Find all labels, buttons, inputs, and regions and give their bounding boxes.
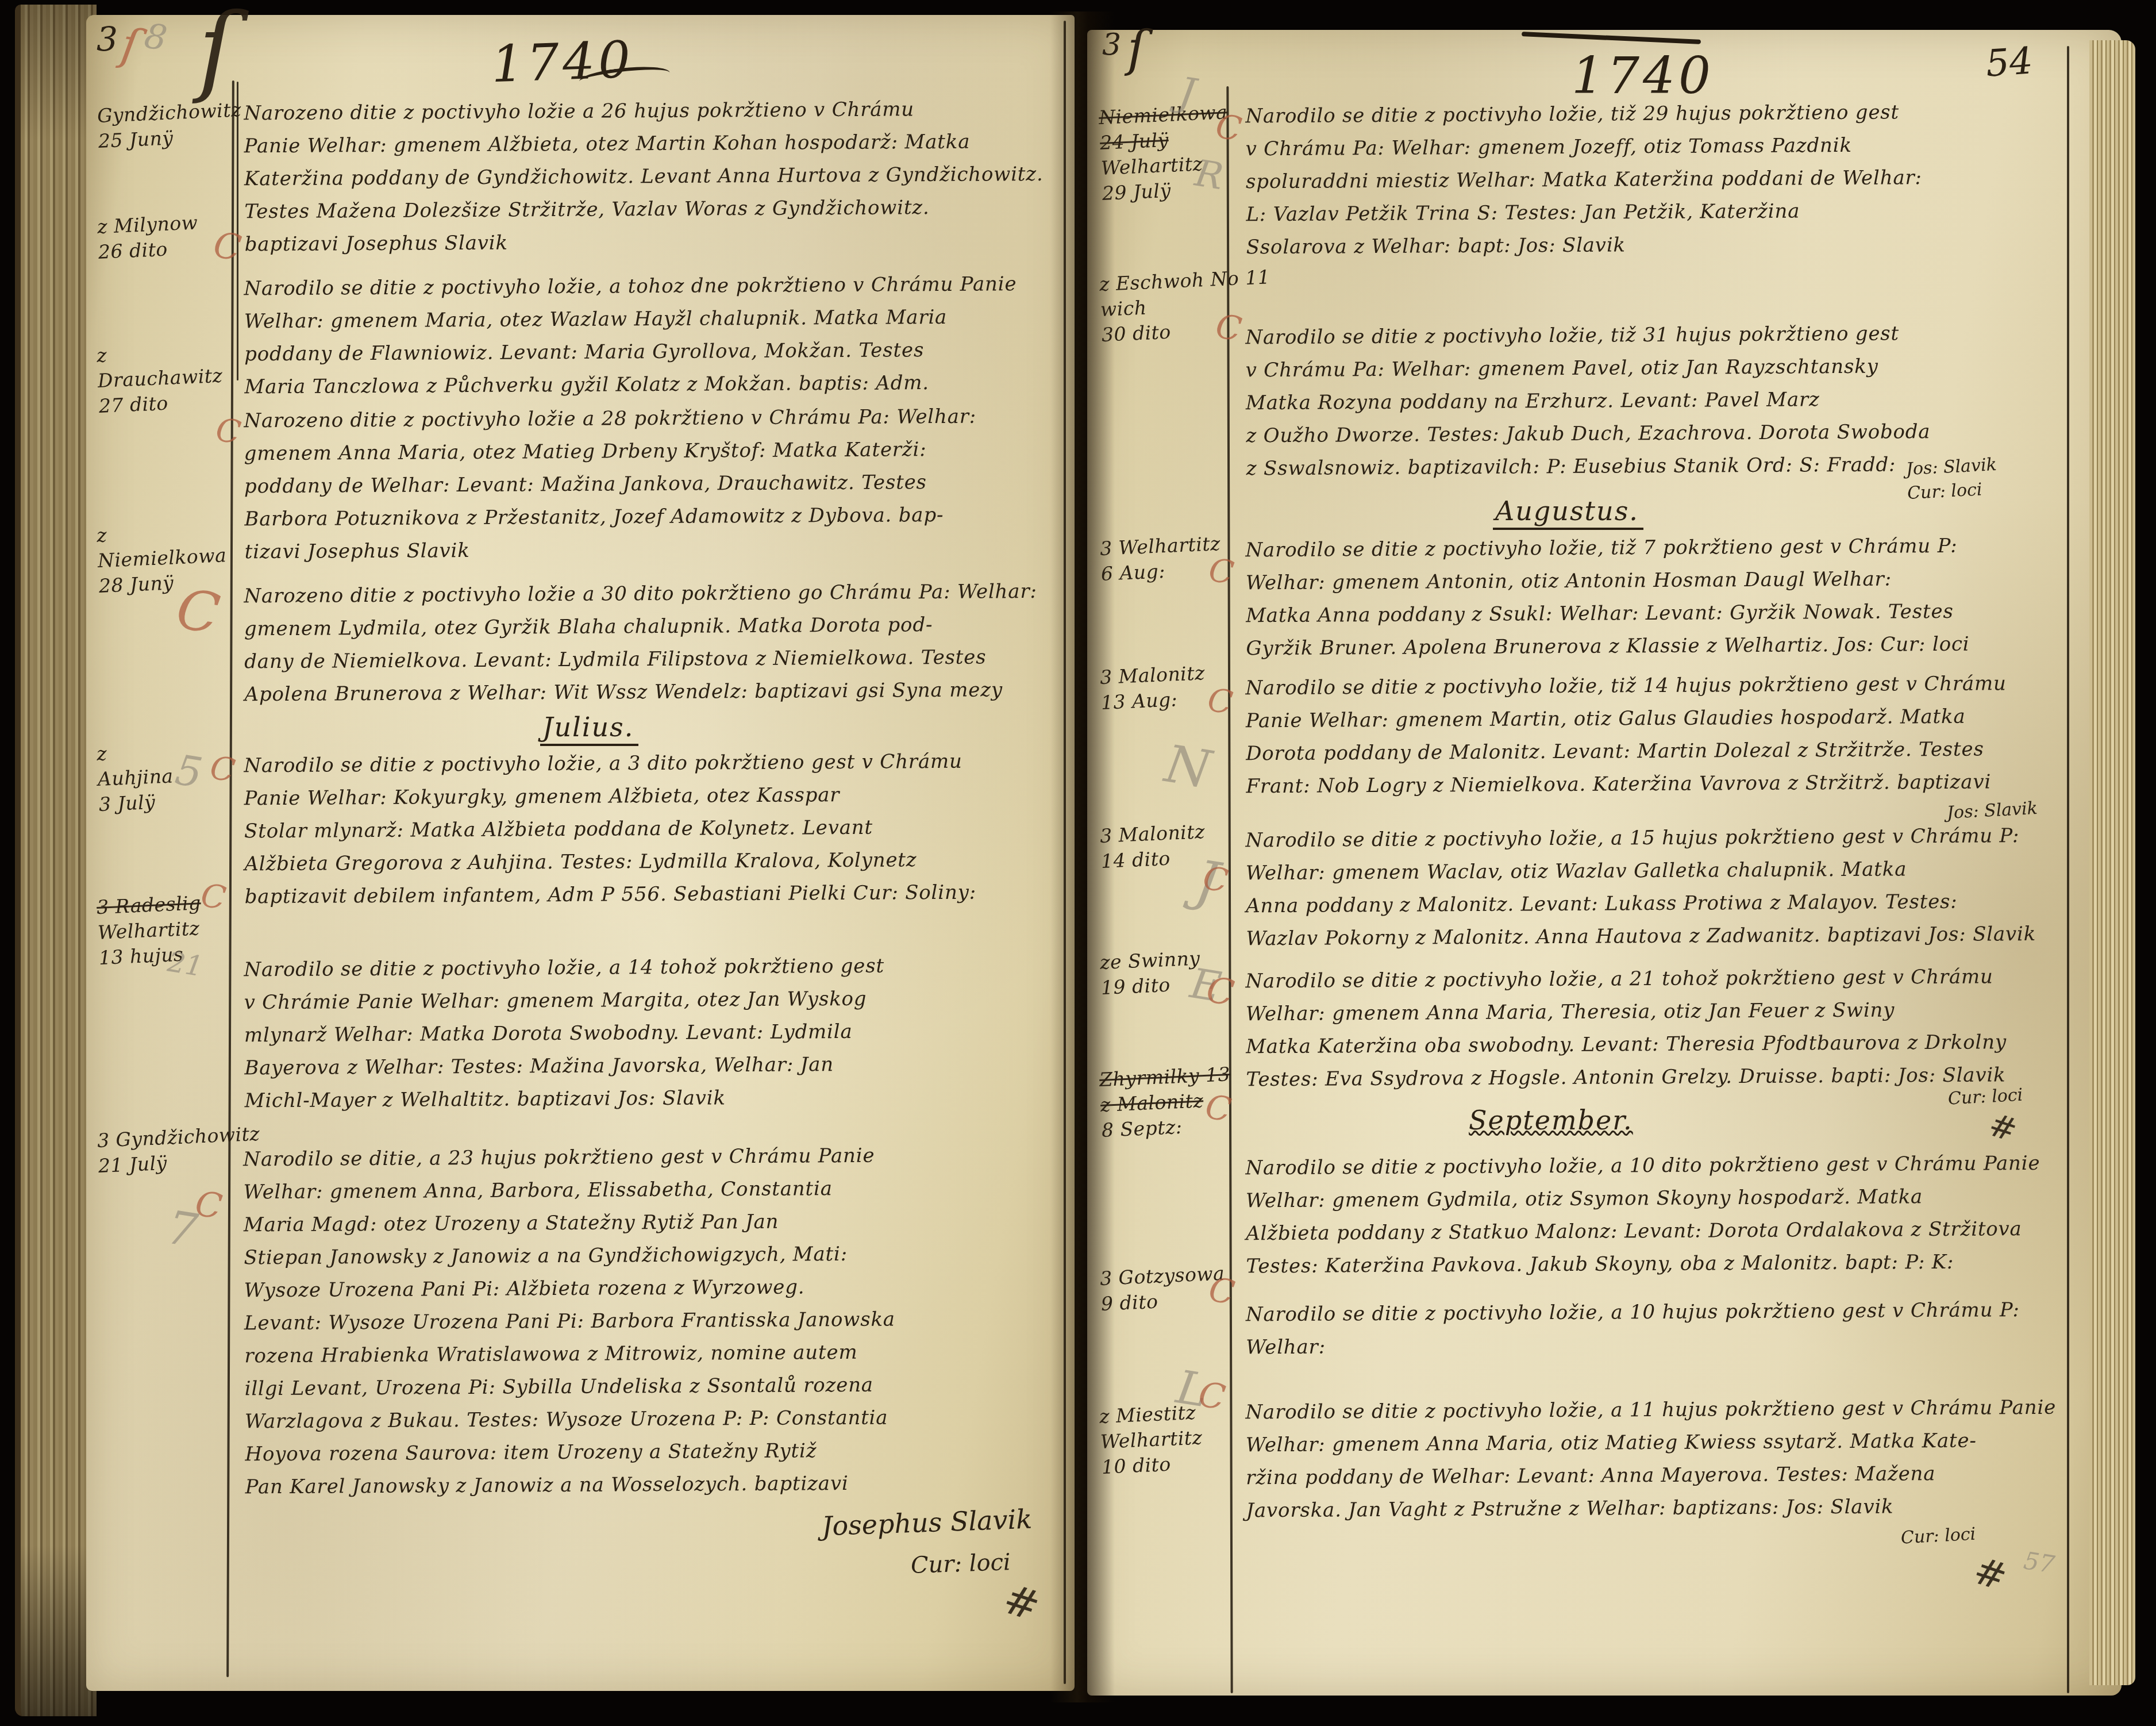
entry-line: Narodilo se ditie z poctivyho ložie, a 3…	[244, 745, 1065, 783]
entry-line: Pan Karel Janowsky z Janowiz a na Wossel…	[245, 1466, 1067, 1504]
entry-line: Levant: Wysoze Urozena Pani Pi: Barbora …	[244, 1302, 1066, 1340]
entry-line: Welhar: gmenem Maria, otez Wazlaw Hayžl …	[244, 301, 1066, 339]
entry-line: Gyržik Bruner. Apolena Brunerova z Klass…	[1246, 628, 2062, 666]
entry-line: v Chrámu Pa: Welhar: gmenem Jozeff, otiz…	[1245, 128, 2061, 166]
entry-line: illgi Levant, Urozena Pi: Sybilla Undeli…	[245, 1368, 1067, 1406]
entry-record: Narozeno ditie z poctivyho ložie a 28 po…	[244, 400, 1067, 569]
entry-line: Frant: Nob Logry z Niemielkova. Kateržin…	[1246, 766, 2062, 804]
month-header: Augustus.	[1493, 495, 1643, 526]
curate-note-line: Cur: loci	[1907, 477, 1999, 506]
entry-line: Narodilo se ditie z poctivyho ložie, a 1…	[1245, 820, 2061, 858]
entry-line: Welhar: gmenem Anna Maria, Theresia, oti…	[1246, 993, 2062, 1031]
entry-margin-note: z Milynow26 dito	[97, 209, 231, 265]
month-header: September.	[1466, 1105, 1638, 1136]
entry-line: Welhar: gmenem Gydmila, otiz Ssymon Skoy…	[1246, 1180, 2062, 1218]
entry-line: Warzlagova z Bukau. Testes: Wysoze Uroze…	[245, 1401, 1067, 1439]
entry-line: dany de Niemielkova. Levant: Lydmila Fil…	[244, 641, 1066, 679]
entry-line: Bayerova z Welhar: Testes: Mažina Javors…	[244, 1047, 1066, 1085]
entry-line: Anna poddany z Malonitz. Levant: Lukass …	[1246, 885, 2062, 923]
year-heading-right: 1740	[1572, 46, 1714, 105]
entry-line: spoluraddni miestiz Welhar: Matka Katerž…	[1246, 161, 2062, 199]
entry-record: Narodilo se ditie z poctivyho ložie, a 3…	[244, 745, 1067, 914]
entry-line: Narodilo se ditie z poctivyho ložie, tiž…	[1245, 529, 2061, 567]
entry-record: Narodilo se ditie, a 23 hujus pokržtieno…	[243, 1139, 1067, 1504]
entry-record: Narodilo se ditie z poctivyho ložie, a 1…	[244, 949, 1067, 1118]
curate-note: Jos: SlavikCur: loci	[1905, 453, 1999, 506]
entry-record: Narodilo se ditie z poctivyho ložie, a 1…	[1246, 1294, 2062, 1364]
entry-line: Welhar: gmenem Anna Maria, otiz Matieg K…	[1246, 1424, 2062, 1462]
page-number: 54	[1985, 40, 2034, 86]
entry-line: Dorota poddany de Malonitz. Levant: Mart…	[1246, 733, 2062, 771]
month-header-label: Julius.	[540, 712, 638, 746]
curate-note: Cur: loci	[1900, 1523, 1976, 1551]
entry-line: Matka Kateržina oba swobodny. Levant: Th…	[1246, 1026, 2062, 1064]
entry-line: Welhar: gmenem Anna, Barbora, Elissabeth…	[243, 1171, 1065, 1209]
entry-line: rozena Hrabienka Wratislawowa z Mitrowiz…	[244, 1335, 1066, 1373]
paragraph-flourish: ſ	[198, 1, 234, 99]
entry-line: Javorska. Jan Vaght z Pstružne z Welhar:…	[1246, 1490, 2062, 1528]
entry-line: tizavi Josephus Slavik	[245, 531, 1067, 569]
fore-edge-page-stack	[2089, 40, 2135, 1685]
entry-margin-note: Gyndžichowitz25 Junÿ	[97, 98, 231, 154]
entry-line: Alžbieta Gregorova z Auhjina. Testes: Ly…	[244, 843, 1066, 881]
entry-line: poddany de Welhar: Levant: Mažina Jankov…	[244, 466, 1066, 503]
entry-line: Narozeno ditie z poctivyho ložie a 26 hu…	[244, 93, 1065, 130]
entry-line: Narodilo se ditie z poctivyho ložie, a t…	[244, 268, 1065, 306]
entry-line: ržina poddany de Welhar: Levant: Anna Ma…	[1246, 1457, 2062, 1495]
entry-line: Maria Magd: otez Urozeny a Statežny Ryti…	[244, 1204, 1065, 1242]
entry-line: Narozeno ditie z poctivyho ložie a 28 po…	[244, 400, 1065, 438]
entry-line: Kateržina poddany de Gyndžichowitz. Leva…	[244, 158, 1066, 196]
entry-line: Matka Anna poddany z Ssukl: Welhar: Leva…	[1246, 595, 2062, 633]
entry-record: Narodilo se ditie z poctivyho ložie, tiž…	[1245, 95, 2062, 264]
entry-line: z Oužho Dworze. Testes: Jakub Duch, Ezac…	[1246, 415, 2062, 453]
entry-line: Apolena Brunerova z Welhar: Wit Wssz Wen…	[244, 674, 1066, 712]
entry-line: Alžbieta poddany z Statkuo Malonz: Levan…	[1246, 1213, 2062, 1251]
curate-note-line: Cur: loci	[1900, 1523, 1976, 1551]
priest-signature: Cur: loci	[910, 1549, 1011, 1579]
entry-line: Hoyova rozena Saurova: item Urozeny a St…	[245, 1433, 1067, 1471]
entry-record: Narodilo se ditie z poctivyho ložie, a 2…	[1245, 960, 2062, 1097]
entry-record: Narozeno ditie z poctivyho ložie a 26 hu…	[244, 93, 1067, 262]
month-header-label: Augustus.	[1493, 495, 1643, 530]
entry-line: Maria Tanczlowa z Půchverku gyžil Kolatz…	[244, 366, 1066, 404]
entry-line: L: Vazlav Petžik Trina S: Testes: Jan Pe…	[1246, 194, 2062, 232]
right-folio-mark: 3	[1102, 28, 1121, 62]
entry-line: Wazlav Pokorny z Malonitz. Anna Hautova …	[1246, 918, 2062, 956]
entry-line: Testes: Eva Ssydrova z Hogsle. Antonin G…	[1246, 1059, 2062, 1097]
entry-record: Narodilo se ditie z poctivyho ložie, a 1…	[1245, 1147, 2062, 1283]
entry-record: Narodilo se ditie z poctivyho ložie, a t…	[244, 268, 1066, 404]
entry-line: v Chrámie Panie Welhar: gmenem Margita, …	[244, 982, 1065, 1020]
entry-line: baptizavit debilem infantem, Adm P 556. …	[245, 876, 1067, 914]
entry-margin-note: 3 Gyndžichowitz21 Julÿ	[97, 1123, 231, 1179]
entry-line: Panie Welhar: gmenem Martin, otiz Galus …	[1246, 700, 2062, 738]
entry-line: Narodilo se ditie z poctivyho ložie, tiž…	[1245, 317, 2061, 355]
month-header-label: September.	[1466, 1105, 1638, 1137]
entry-line: v Chrámu Pa: Welhar: gmenem Pavel, otiz …	[1245, 349, 2061, 387]
entry-record: Narodilo se ditie z poctivyho ložie, tiž…	[1245, 529, 2062, 666]
entry-line: Stolar mlynarž: Matka Alžbieta poddana d…	[244, 810, 1066, 848]
entry-line: gmenem Lydmila, otez Gyržik Blaha chalup…	[244, 608, 1066, 646]
entry-record: Narodilo se ditie z poctivyho ložie, a 1…	[1245, 1391, 2062, 1528]
entry-line: baptizavi Josephus Slavik	[245, 224, 1067, 262]
right-folio-flourish: ſ	[1127, 23, 1146, 75]
entry-line: Matka Rozyna poddany na Erzhurz. Levant:…	[1246, 382, 2062, 420]
entry-record: Narodilo se ditie z poctivyho ložie, a 1…	[1245, 820, 2062, 956]
entry-line: Michl-Mayer z Welhaltitz. baptizavi Jos:…	[245, 1080, 1067, 1118]
entry-line: Stiepan Janowsky z Janowiz a na Gyndžich…	[244, 1237, 1065, 1275]
entry-line: Narodilo se ditie z poctivyho ložie, a 1…	[1245, 1391, 2061, 1429]
right-page-right-rule	[2067, 46, 2069, 1693]
entry-line: Welhar:	[1246, 1327, 2062, 1364]
entry-line: mlynarž Welhar: Matka Dorota Swobodny. L…	[244, 1014, 1066, 1052]
entry-line: Narodilo se ditie, a 23 hujus pokržtieno…	[243, 1139, 1065, 1177]
entry-line: Narodilo se ditie z poctivyho ložie, a 1…	[1246, 1294, 2062, 1332]
entry-line: Narodilo se ditie z poctivyho ložie, a 1…	[244, 949, 1065, 987]
entry-line: Narozeno ditie z poctivyho ložie a 30 di…	[244, 575, 1065, 613]
entry-line: Testes Mažena Dolezšize Stržitrže, Vazla…	[244, 191, 1066, 229]
entry-line: Welhar: gmenem Waclav, otiz Wazlav Galle…	[1246, 852, 2062, 890]
entry-line: gmenem Anna Maria, otez Matieg Drbeny Kr…	[244, 433, 1065, 471]
pencil-annotation: 21	[165, 946, 205, 983]
entry-line: Panie Welhar: Kokyurgky, gmenem Alžbieta…	[244, 778, 1065, 816]
entry-line: Welhar: gmenem Antonin, otiz Antonin Hos…	[1246, 562, 2062, 600]
month-header: Julius.	[540, 712, 638, 743]
pencil-annotation: N	[1161, 733, 1215, 800]
entry-line: Narodilo se ditie z poctivyho ložie, a 2…	[1245, 960, 2061, 998]
manuscript-scan: { "document": { "type": "parish baptisma…	[0, 0, 2156, 1726]
curate-note: Cur: loci	[1947, 1083, 2023, 1112]
curate-note-line: Cur: loci	[1947, 1083, 2023, 1112]
left-folio-mark: 3	[97, 20, 118, 59]
entry-record: Narozeno ditie z poctivyho ložie a 30 di…	[244, 575, 1066, 712]
entry-line: Narodilo se ditie z poctivyho ložie, a 1…	[1245, 1147, 2061, 1185]
entry-line: Panie Welhar: gmenem Alžbieta, otez Mart…	[244, 125, 1065, 163]
curate-note-line: Jos: Slavik	[1905, 453, 1997, 482]
entry-line: Barbora Potuznikova z Pržestanitz, Jozef…	[244, 498, 1066, 536]
entry-line: Narodilo se ditie z poctivyho ložie, tiž…	[1245, 95, 2061, 133]
entry-line: Wysoze Urozena Pani Pi: Alžbieta rozena …	[244, 1270, 1065, 1308]
entry-line: Testes: Kateržina Pavkova. Jakub Skoyny,…	[1246, 1246, 2062, 1283]
book-spine-page-edges	[15, 5, 97, 1716]
entry-margin-note: zDrauchawitz27 dito	[96, 337, 232, 419]
entry-line: Narodilo se ditie z poctivyho ložie, tiž…	[1245, 667, 2061, 705]
entry-line: poddany de Flawniowiz. Levant: Maria Gyr…	[244, 333, 1066, 371]
entry-line: Ssolarova z Welhar: bapt: Jos: Slavik	[1246, 226, 2062, 264]
entry-record: Narodilo se ditie z poctivyho ložie, tiž…	[1245, 667, 2062, 804]
pencil-annotation: 57	[2022, 1546, 2056, 1579]
